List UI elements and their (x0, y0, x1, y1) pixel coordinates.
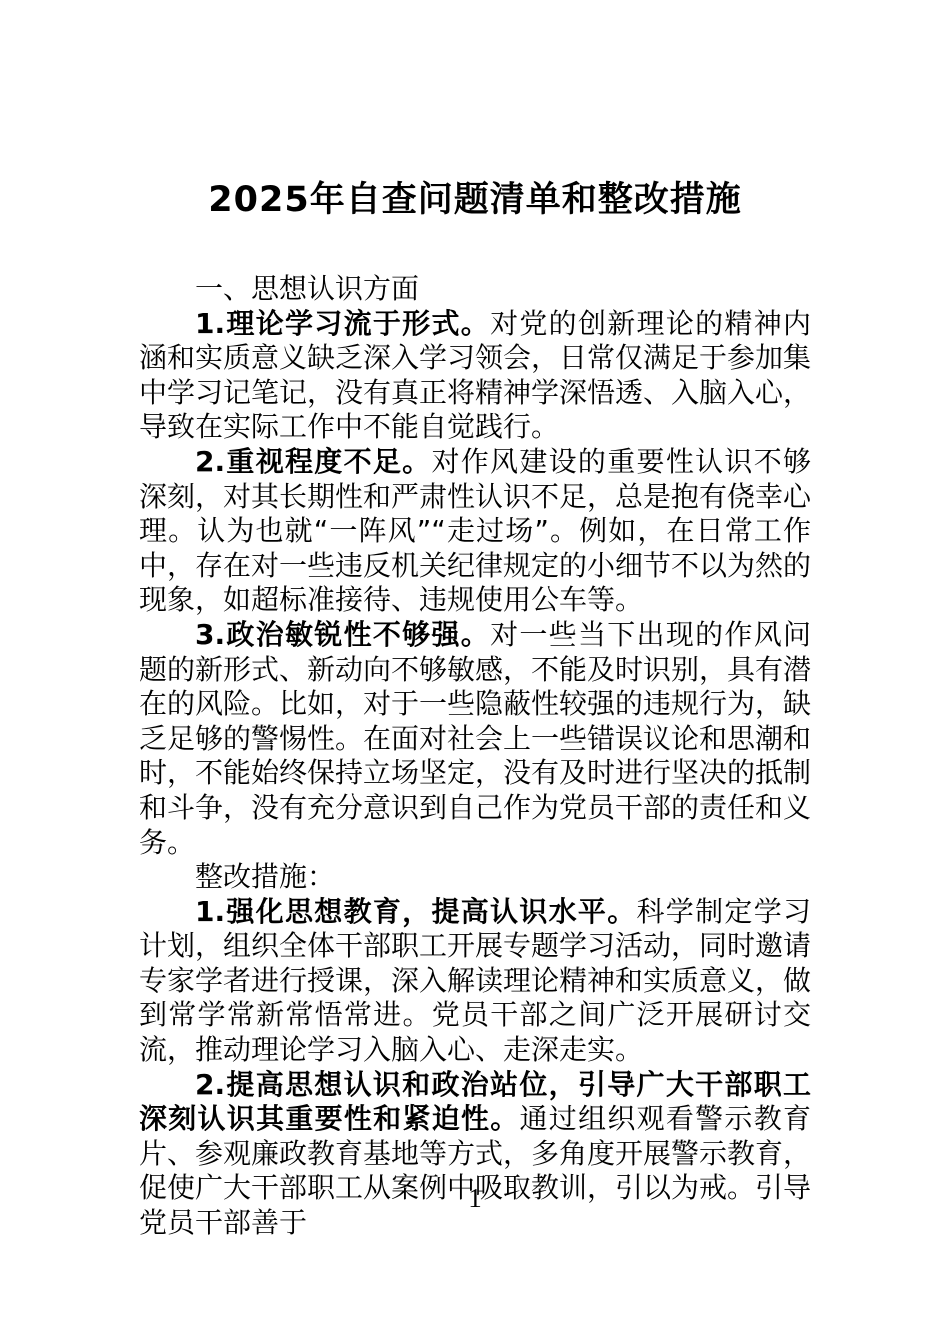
document-page: 2025年自查问题清单和整改措施 一、思想认识方面 1.理论学习流于形式。对党的… (0, 0, 950, 1344)
page-number: 1 (0, 1183, 950, 1214)
problem-3-text: 对一些当下出现的作风问题的新形式、新动向不够敏感，不能及时识别，具有潜在的风险。… (139, 618, 811, 859)
section-heading: 一、思想认识方面 (139, 272, 811, 307)
doc-body: 一、思想认识方面 1.理论学习流于形式。对党的创新理论的精神内涵和实质意义缺乏深… (139, 272, 811, 1241)
doc-title: 2025年自查问题清单和整改措施 (0, 0, 950, 222)
problem-3-lead: 3.政治敏锐性不够强。 (195, 618, 490, 651)
measures-label: 整改措施： (139, 860, 811, 895)
measure-paragraph: 1.强化思想教育，提高认识水平。科学制定学习计划，组织全体干部职工开展专题学习活… (139, 895, 811, 1068)
problem-paragraph: 3.政治敏锐性不够强。对一些当下出现的作风问题的新形式、新动向不够敏感，不能及时… (139, 618, 811, 860)
section-heading-text: 一、思想认识方面 (195, 272, 419, 305)
measure-paragraph: 2.提高思想认识和政治站位，引导广大干部职工深刻认识其重要性和紧迫性。通过组织观… (139, 1068, 811, 1241)
problem-paragraph: 1.理论学习流于形式。对党的创新理论的精神内涵和实质意义缺乏深入学习领会，日常仅… (139, 307, 811, 445)
problem-2-lead: 2.重视程度不足。 (195, 445, 431, 478)
measures-label-text: 整改措施： (195, 860, 335, 893)
problem-1-lead: 1.理论学习流于形式。 (195, 307, 490, 340)
measure-1-lead: 1.强化思想教育，提高认识水平。 (195, 895, 637, 928)
problem-paragraph: 2.重视程度不足。对作风建设的重要性认识不够深刻，对其长期性和严肃性认识不足，总… (139, 445, 811, 618)
